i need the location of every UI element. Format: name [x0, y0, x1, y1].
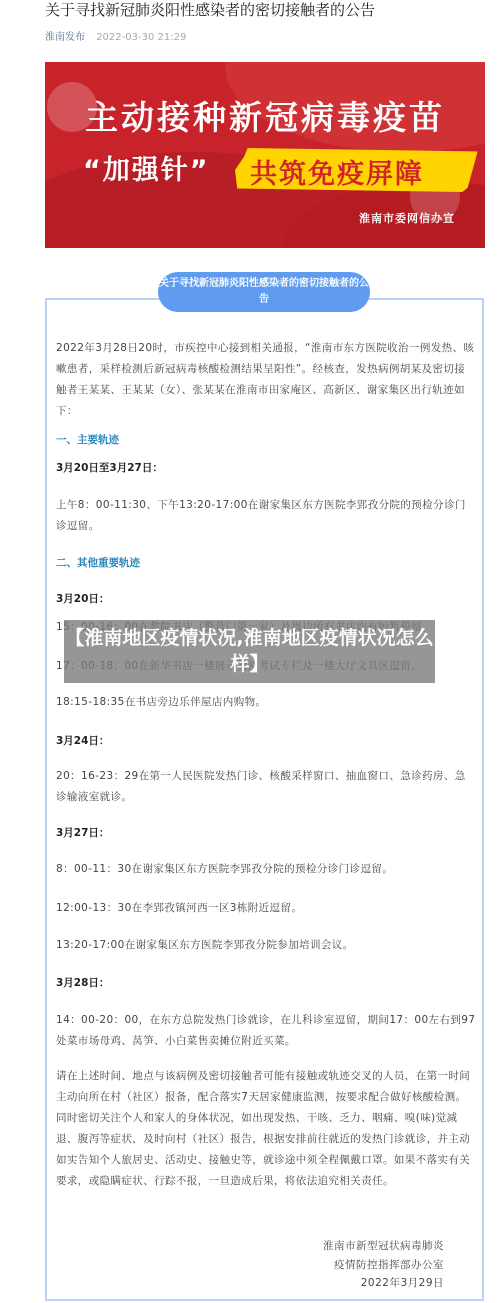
track-item: 12:00-13：30在李郢孜镇河西一区3栋附近逗留。 [56, 898, 476, 919]
banner-booster-label: “加强针” [83, 148, 210, 187]
track-item: 上午8：00-11:30、下午13:20-17:00在谢家集区东方医院李郢孜分院… [56, 495, 476, 537]
track-item: 20：16-23：29在第一人民医院发热门诊、核酸采样窗口、抽血窗口、急诊药房、… [56, 766, 476, 808]
section-heading-other-track: 二、其他重要轨迹 [56, 555, 140, 570]
track-item: 8：00-11：30在谢家集区东方医院李郢孜分院的预检分诊门诊逗留。 [56, 859, 476, 880]
title-overlay-caption: 【淮南地区疫情状况,淮南地区疫情状况怎么样】 [64, 620, 435, 683]
publish-datetime: 2022-03-30 21:29 [96, 32, 186, 43]
signature-org-line1: 淮南市新型冠状病毒肺炎 [323, 1236, 444, 1257]
notice-intro: 2022年3月28日20时，市疾控中心接到相关通报，“淮南市东方医院收治一例发热… [56, 338, 476, 422]
date-heading: 3月24日： [56, 733, 109, 748]
banner-headline: 主动接种新冠病毒疫苗 [45, 92, 485, 139]
section-heading-main-track: 一、主要轨迹 [56, 432, 119, 447]
date-heading: 3月20日： [56, 591, 109, 606]
banner-highlight-text: 共筑免疫屏障 [250, 152, 424, 191]
banner-org-credit: 淮南市委网信办宣 [359, 210, 455, 226]
track-item: 18:15-18:35在书店旁边乐伴屋店内购物。 [56, 692, 476, 713]
notice-closing: 请在上述时间、地点与该病例及密切接触者可能有接触或轨迹交叉的人员，在第一时间主动… [56, 1066, 476, 1192]
article-title: 关于寻找新冠肺炎阳性感染者的密切接触者的公告 [45, 0, 485, 20]
track-item: 14：00-20：00，在东方总院发热门诊就诊，在儿科诊室逗留，期间17：00左… [56, 1010, 476, 1052]
source-link[interactable]: 淮南发布 [45, 32, 85, 43]
vaccine-banner-image: 主动接种新冠病毒疫苗 “加强针” 共筑免疫屏障 淮南市委网信办宣 [45, 62, 485, 248]
date-heading: 3月27日： [56, 825, 109, 840]
date-heading: 3月28日： [56, 975, 109, 990]
date-heading: 3月20日至3月27日： [56, 460, 163, 475]
signature-date: 2022年3月29日 [361, 1273, 444, 1294]
track-item: 13:20-17:00在谢家集区东方医院李郢孜分院参加培训会议。 [56, 935, 476, 956]
notice-title-pill: 关于寻找新冠肺炎阳性感染者的密切接触者的公告 [158, 272, 370, 312]
article-meta: 淮南发布 2022-03-30 21:29 [45, 28, 186, 43]
